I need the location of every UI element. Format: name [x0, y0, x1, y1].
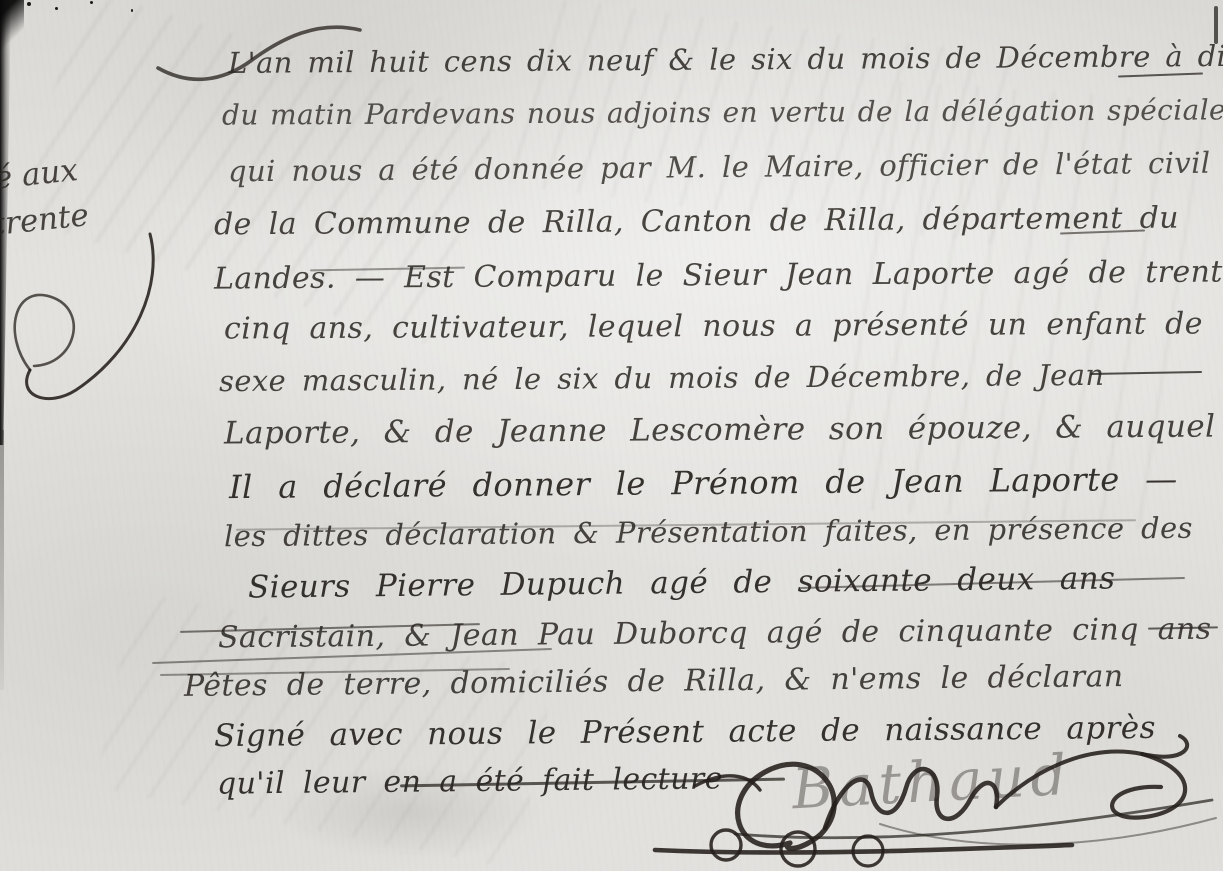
manuscript-line-7: sexe masculin, né le six du mois de Déce…: [219, 358, 1105, 398]
scan-edge-shadow: [0, 430, 4, 690]
scanned-manuscript-page: é aux trente L'an mil huit cens dix neuf…: [0, 0, 1223, 871]
ink-speck: [90, 1, 93, 4]
manuscript-line-9: Il a déclaré donner le Prénom de Jean La…: [229, 460, 1178, 506]
manuscript-line-6: cinq ans, cultivateur, lequel nous a pré…: [224, 306, 1203, 346]
manuscript-line-13: Pêtes de terre, domiciliés de Rilla, & n…: [184, 659, 1124, 704]
margin-flourish: [0, 222, 170, 442]
margin-note-line: é aux: [0, 152, 79, 197]
ink-speck: [131, 9, 133, 12]
scan-corner-shadow: [0, 0, 24, 64]
ink-speck: [55, 7, 58, 10]
manuscript-line-12: Sacristain, & Jean Pau Duborcq agé de ci…: [218, 612, 1212, 656]
manuscript-line-5: Landes. — Est Comparu le Sieur Jean Lapo…: [214, 254, 1223, 296]
manuscript-line-8: Laporte, & de Jeanne Lescomère son épouz…: [224, 409, 1216, 452]
ink-speck: [27, 2, 31, 6]
ink-stroke: [1090, 371, 1202, 375]
manuscript-line-4: de la Commune de Rilla, Canton de Rilla,…: [214, 201, 1179, 243]
manuscript-line-3: qui nous a été donnée par M. le Maire, o…: [228, 146, 1211, 189]
manuscript-line-1: L'an mil huit cens dix neuf & le six du …: [228, 38, 1223, 80]
manuscript-line-10: les dittes déclaration & Présentation fa…: [224, 511, 1193, 553]
manuscript-line-2: du matin Pardevans nous adjoins en vertu…: [222, 93, 1223, 131]
